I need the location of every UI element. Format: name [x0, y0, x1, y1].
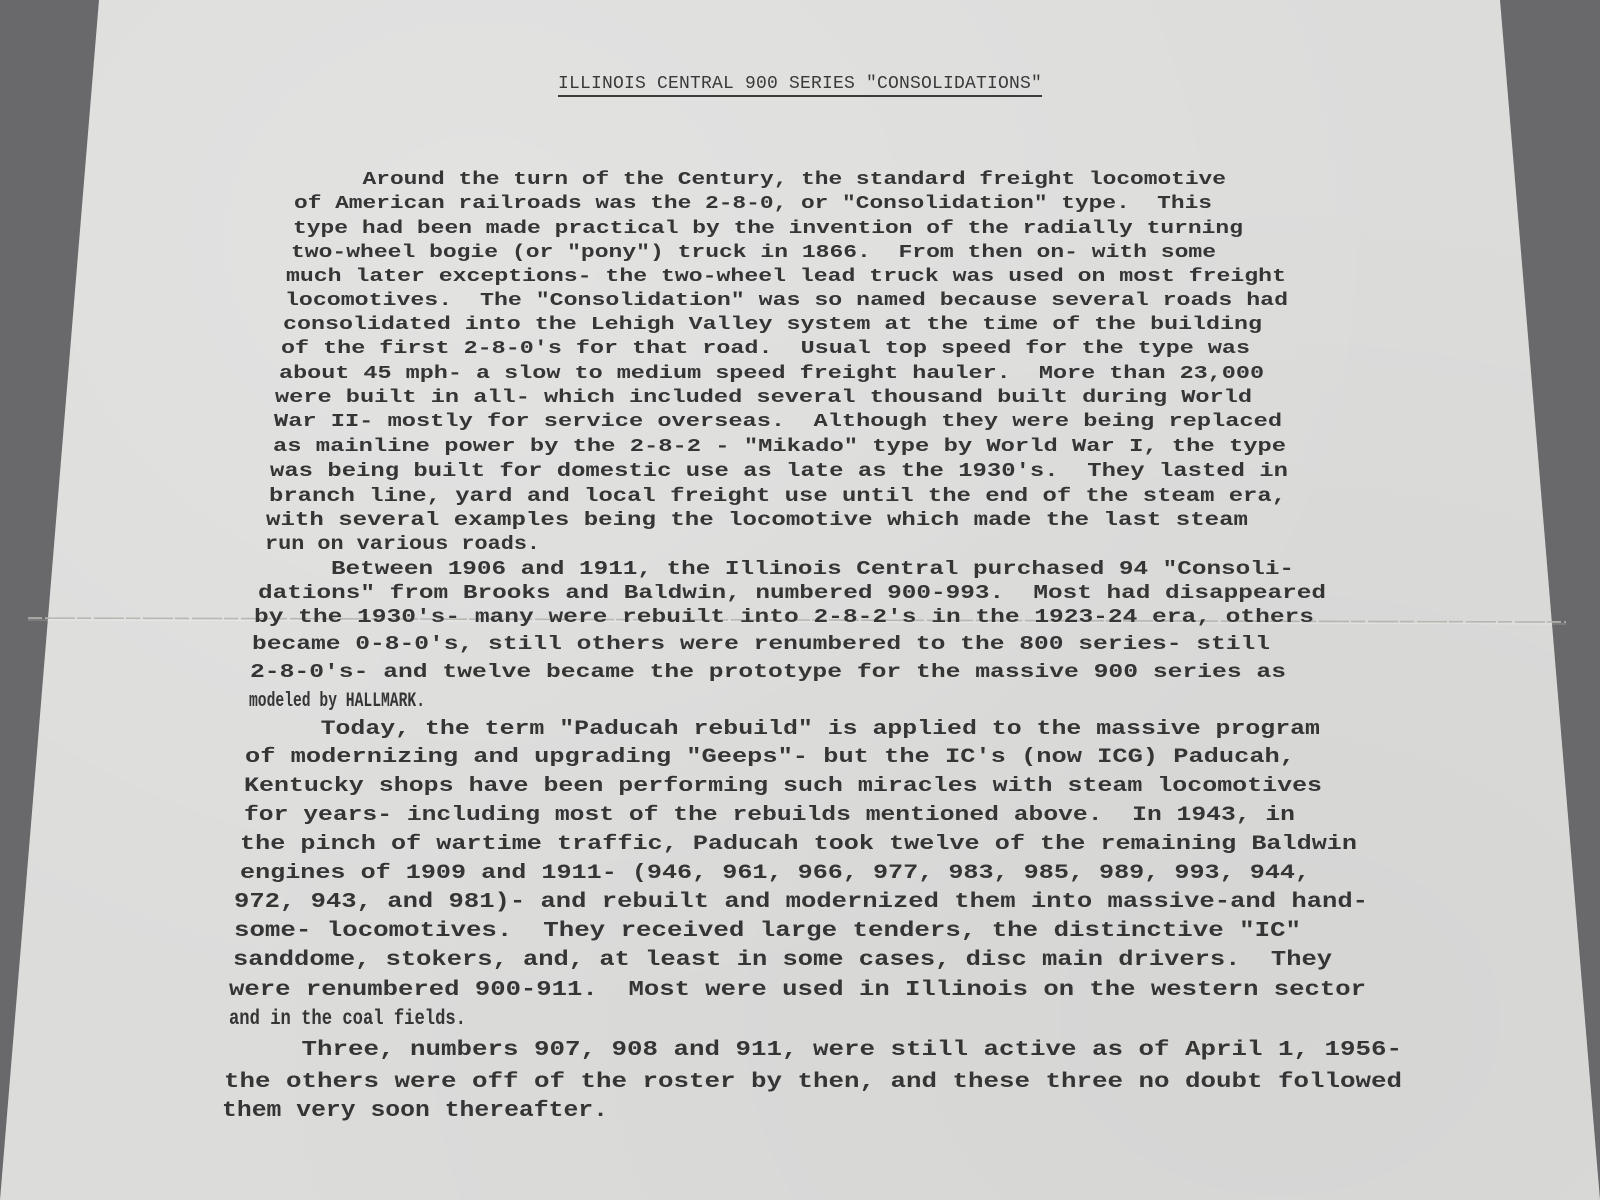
document-line: of modernizing and upgrading "Geeps"- bu… — [245, 746, 1295, 769]
document-line: Between 1906 and 1911, the Illinois Cent… — [258, 558, 1294, 580]
document-line: were renumbered 900-911. Most were used … — [229, 978, 1366, 1002]
document-line: Kentucky shops have been performing such… — [244, 775, 1322, 798]
document-line: were built in all- which included severa… — [275, 386, 1252, 408]
document-line: dations" from Brooks and Baldwin, number… — [258, 582, 1326, 604]
document-line: with several examples being the locomoti… — [266, 509, 1248, 531]
document-line: two-wheel bogie (or "pony") truck in 186… — [291, 242, 1216, 263]
document-line: became 0-8-0's, still others were renumb… — [252, 633, 1270, 655]
document-title-text: ILLINOIS CENTRAL 900 SERIES "CONSOLIDATI… — [558, 74, 1042, 97]
document-line: locomotives. The "Consolidation" was so … — [285, 290, 1288, 311]
document-line: War II- mostly for service overseas. Alt… — [274, 410, 1282, 432]
document-line: for years- including most of the rebuild… — [244, 804, 1295, 827]
document-line: the pinch of wartime traffic, Paducah to… — [240, 833, 1357, 856]
document-line: the others were off of the roster by the… — [224, 1069, 1402, 1094]
document-line: branch line, yard and local freight use … — [269, 485, 1286, 507]
document-line: some- locomotives. They received large t… — [234, 920, 1301, 943]
document-line: type had been made practical by the inve… — [293, 218, 1243, 239]
document-line: modeled by HALLMARK. — [249, 689, 425, 712]
document-line: sanddome, stokers, and, at least in some… — [233, 949, 1332, 972]
document-line: consolidated into the Lehigh Valley syst… — [283, 314, 1262, 335]
document-line: Today, the term "Paducah rebuild" is app… — [246, 718, 1320, 741]
document-title: ILLINOIS CENTRAL 900 SERIES "CONSOLIDATI… — [0, 74, 1600, 94]
document-line: as mainline power by the 2-8-2 - "Mikado… — [273, 435, 1286, 457]
document-line: about 45 mph- a slow to medium speed fre… — [279, 362, 1264, 384]
document-line: engines of 1909 and 1911- (946, 961, 966… — [240, 862, 1310, 885]
document-line: them very soon thereafter. — [222, 1098, 608, 1123]
photo-stage: ILLINOIS CENTRAL 900 SERIES "CONSOLIDATI… — [0, 0, 1600, 1200]
document-line: was being built for domestic use as late… — [270, 460, 1288, 482]
document-line: and in the coal fields. — [229, 1007, 466, 1031]
document-line: run on various roads. — [265, 533, 540, 555]
document-line: Around the turn of the Century, the stan… — [294, 170, 1226, 190]
document-line: 972, 943, and 981)- and rebuilt and mode… — [234, 891, 1368, 914]
document-line: Three, numbers 907, 908 and 911, were st… — [224, 1038, 1402, 1062]
document-line: 2-8-0's- and twelve became the prototype… — [250, 661, 1286, 683]
document-line: of American railroads was the 2-8-0, or … — [294, 194, 1212, 214]
document-line: of the first 2-8-0's for that road. Usua… — [281, 338, 1250, 359]
document-line: by the 1930's- many were rebuilt into 2-… — [254, 606, 1314, 628]
document-line: much later exceptions- the two-wheel lea… — [286, 266, 1286, 287]
